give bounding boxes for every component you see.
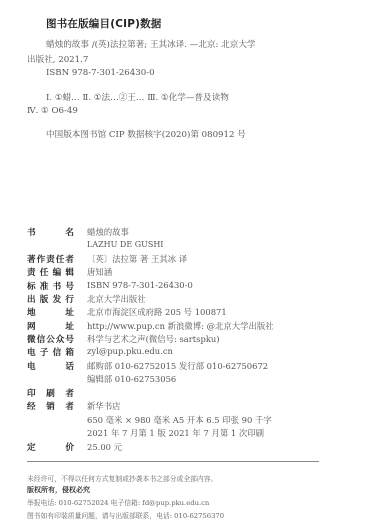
info-value-authors: 〔英〕法拉第 著 王其冰 译 bbox=[87, 253, 187, 265]
info-row-isbn: 标准书号 ISBN 978-7-301-26430-0 bbox=[27, 280, 347, 293]
info-value-edition: 2021 年 7 月第 1 版 2021 年 7 月第 1 次印刷 bbox=[87, 427, 264, 439]
cip-line-publisher: 出版社, 2021.7 bbox=[27, 53, 88, 65]
info-value-isbn: ISBN 978-7-301-26430-0 bbox=[87, 280, 193, 290]
footer-report-contact: 举报电话: 010-62752024 电子信箱: fd@pup.pku.edu.… bbox=[27, 497, 209, 507]
info-row-phone-editorial: 编辑部 010-62753056 bbox=[27, 373, 347, 386]
cip-title: 图书在版编目(CIP)数据 bbox=[46, 16, 162, 31]
info-value-publisher: 北京大学出版社 bbox=[87, 293, 146, 305]
cip-line-classification: Ⅳ. ① O6-49 bbox=[27, 106, 78, 116]
info-value-phone-editorial: 编辑部 010-62753056 bbox=[87, 373, 176, 385]
info-label-isbn: 标准书号 bbox=[27, 280, 74, 292]
info-value-phone-sales: 邮购部 010-62752015 发行部 010-62750672 bbox=[87, 360, 268, 372]
info-value-distributor: 新华书店 bbox=[87, 400, 121, 412]
info-row-title-pinyin: LAZHU DE GUSHI bbox=[27, 240, 347, 253]
info-label-authors: 著作责任者 bbox=[27, 253, 74, 265]
info-row-printer: 印刷者 bbox=[27, 387, 347, 400]
info-label-distributor: 经销者 bbox=[27, 400, 74, 412]
info-value-format: 650 毫米 × 980 毫米 A5 开本 6.5 印张 90 千字 bbox=[87, 414, 272, 426]
info-row-authors: 著作责任者 〔英〕法拉第 著 王其冰 译 bbox=[27, 253, 347, 266]
info-value-editor: 唐知涵 bbox=[87, 266, 112, 278]
info-label-wechat: 微信公众号 bbox=[27, 333, 74, 345]
info-row-title: 书名 蜡烛的故事 bbox=[27, 226, 347, 239]
info-value-title-pinyin: LAZHU DE GUSHI bbox=[87, 240, 163, 249]
info-label-editor: 责任编辑 bbox=[27, 266, 74, 278]
footer-rights-reserved: 版权所有，侵权必究 bbox=[27, 485, 90, 495]
info-label-phone: 电话 bbox=[27, 360, 74, 372]
info-row-distributor: 经销者 新华书店 bbox=[27, 400, 347, 413]
info-value-price: 25.00 元 bbox=[87, 441, 122, 453]
info-row-email: 电子信箱 zyl@pup.pku.edu.cn bbox=[27, 346, 347, 359]
info-row-edition: 2021 年 7 月第 1 版 2021 年 7 月第 1 次印刷 bbox=[27, 427, 347, 440]
footer-quality-contact: 图书如有印装质量问题，请与出版部联系，电话: 010-62756370 bbox=[27, 510, 224, 520]
cip-line-subjects: Ⅰ. ①蜡… Ⅱ. ①法…②王… Ⅲ. ①化学—普及读物 bbox=[46, 91, 229, 103]
info-value-email: zyl@pup.pku.edu.cn bbox=[87, 346, 173, 356]
info-row-format: 650 毫米 × 980 毫米 A5 开本 6.5 印张 90 千字 bbox=[27, 414, 347, 427]
copyright-page: 图书在版编目(CIP)数据 蜡烛的故事 /(英)法拉第著; 王其冰译. —北京:… bbox=[0, 0, 375, 532]
info-row-website: 网址 http://www.pup.cn 新浪微博: @北京大学出版社 bbox=[27, 320, 347, 333]
info-label-printer: 印刷者 bbox=[27, 387, 74, 399]
info-row-publisher: 出版发行 北京大学出版社 bbox=[27, 293, 347, 306]
footer-copy-notice: 未经许可，不得以任何方式复制或抄袭本书之部分或全部内容。 bbox=[27, 473, 217, 483]
info-row-address: 地址 北京市海淀区成府路 205 号 100871 bbox=[27, 306, 347, 319]
cip-line-isbn: ISBN 978-7-301-26430-0 bbox=[46, 68, 155, 78]
divider-line bbox=[27, 461, 319, 462]
info-label-price: 定价 bbox=[27, 441, 74, 453]
cip-line-verification-number: 中国版本图书馆 CIP 数据核字(2020)第 080912 号 bbox=[46, 128, 246, 140]
cip-line-bibliographic: 蜡烛的故事 /(英)法拉第著; 王其冰译. —北京: 北京大学 bbox=[46, 38, 256, 50]
info-row-phone: 电话 邮购部 010-62752015 发行部 010-62750672 bbox=[27, 360, 347, 373]
info-value-address: 北京市海淀区成府路 205 号 100871 bbox=[87, 306, 227, 318]
info-label-website: 网址 bbox=[27, 320, 74, 332]
info-label-address: 地址 bbox=[27, 306, 74, 318]
info-value-title: 蜡烛的故事 bbox=[87, 226, 129, 238]
info-value-website: http://www.pup.cn 新浪微博: @北京大学出版社 bbox=[87, 320, 274, 332]
info-value-wechat: 科学与艺术之声(微信号: sartspku) bbox=[87, 333, 220, 345]
info-label-email: 电子信箱 bbox=[27, 346, 74, 358]
info-row-wechat: 微信公众号 科学与艺术之声(微信号: sartspku) bbox=[27, 333, 347, 346]
info-row-editor: 责任编辑 唐知涵 bbox=[27, 266, 347, 279]
info-label-publisher: 出版发行 bbox=[27, 293, 74, 305]
info-label-title: 书名 bbox=[27, 226, 74, 238]
info-row-price: 定价 25.00 元 bbox=[27, 441, 347, 454]
